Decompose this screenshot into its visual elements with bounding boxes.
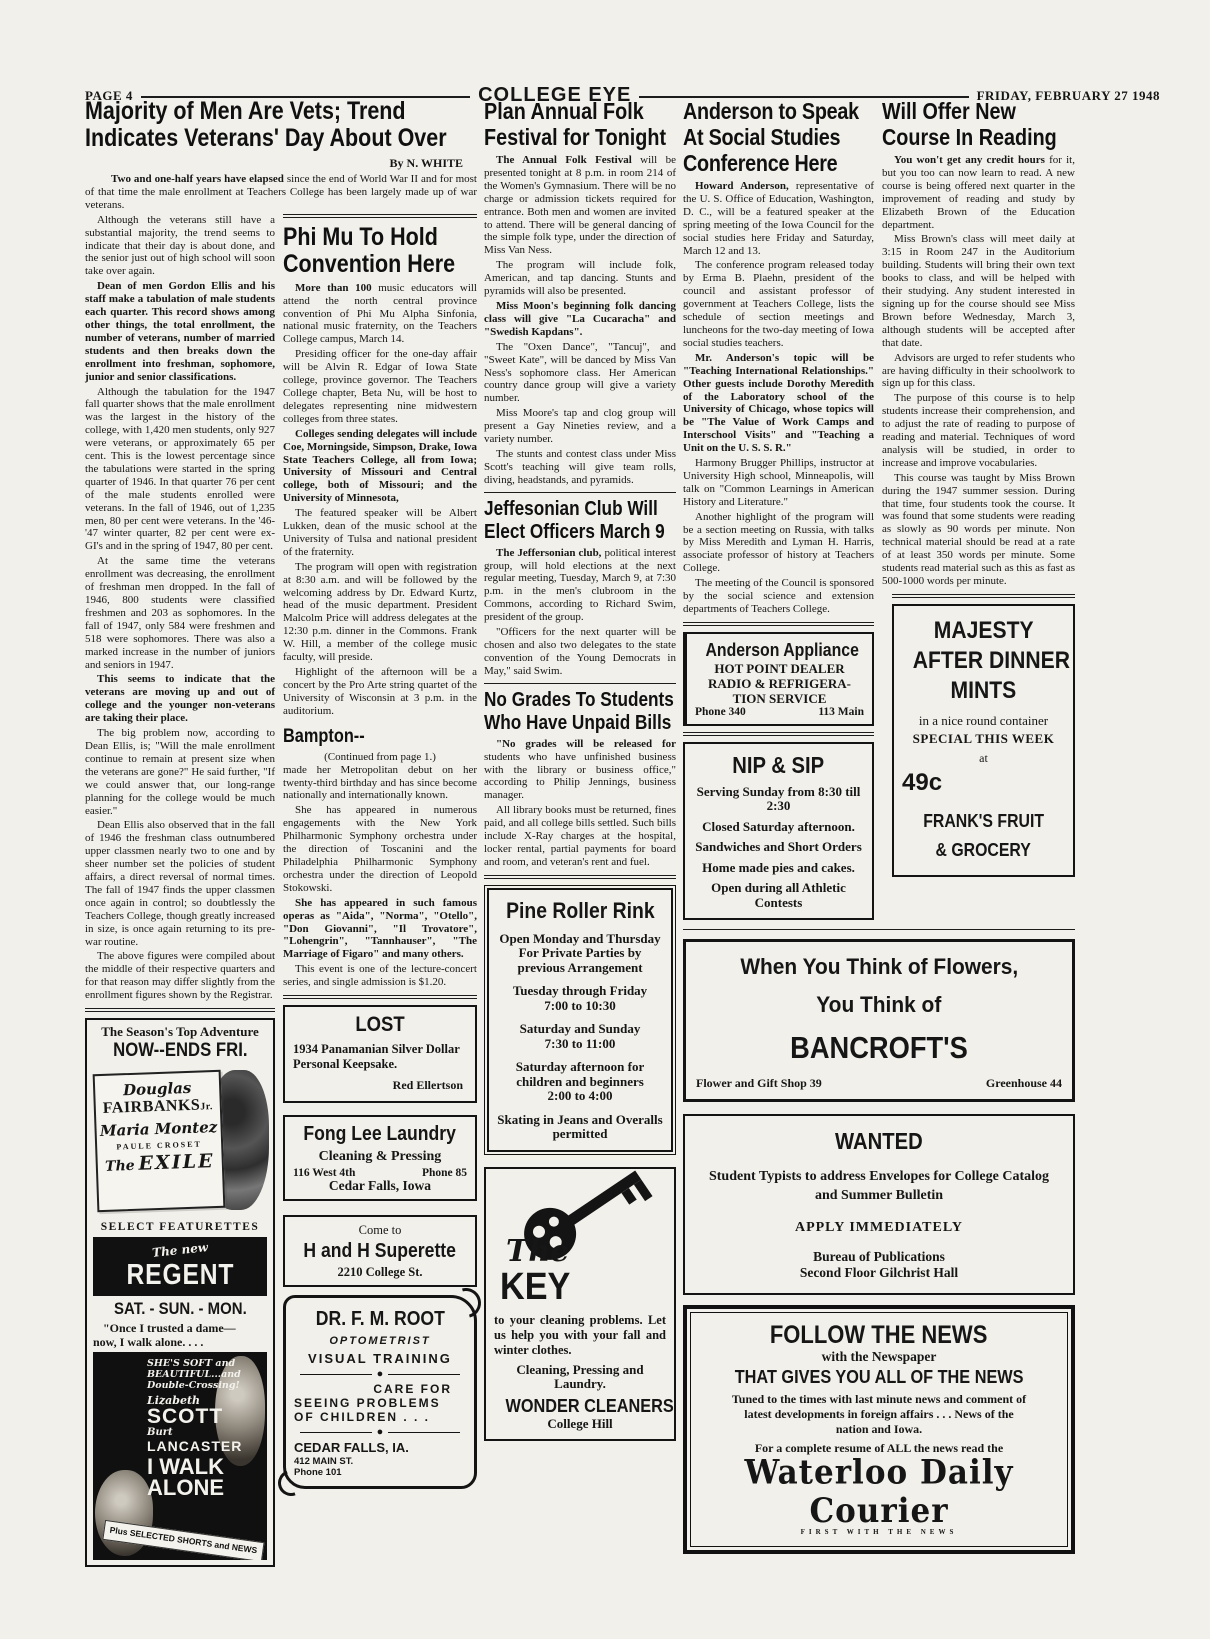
bancroft-line: When You Think of Flowers, bbox=[740, 954, 1018, 980]
wanted-location: Second Floor Gilchrist Hall bbox=[699, 1266, 1059, 1281]
story-paragraph: She has appeared in numerous engagements… bbox=[283, 804, 477, 894]
story-paragraph: Although the veterans still have a subst… bbox=[85, 214, 275, 279]
wanted-body: Student Typists to address Envelopes for… bbox=[699, 1167, 1059, 1205]
reading-headline: Will Offer New Course In Reading bbox=[882, 98, 1075, 150]
rink-title: Pine Roller Rink bbox=[506, 898, 654, 924]
anderson-headline: Anderson to Speak At Social Studies Conf… bbox=[683, 98, 874, 176]
root-name: DR. F. M. ROOT bbox=[315, 1308, 444, 1331]
story-paragraph: The featured speaker will be Albert Lukk… bbox=[283, 507, 477, 559]
root-care-line: CARE FOR bbox=[294, 1382, 466, 1396]
phimu-lead: More than 100 music educators will atten… bbox=[283, 282, 477, 347]
courier-masthead: Waterloo Daily Courier bbox=[701, 1453, 1057, 1531]
bancroft-name: BANCROFT'S bbox=[790, 1030, 968, 1066]
folk-lead: The Annual Folk Festival will be present… bbox=[484, 154, 676, 257]
follow-line: THAT GIVES YOU ALL OF THE NEWS bbox=[735, 1366, 1024, 1388]
page-content: Majority of Men Are Vets; Trend Indicate… bbox=[85, 98, 1075, 1567]
pine-roller-rink-ad: Pine Roller Rink Open Monday and Thursda… bbox=[484, 885, 676, 1155]
rink-time: 7:30 to 11:00 bbox=[495, 1037, 665, 1052]
bampton-headline: Bampton-- bbox=[283, 726, 477, 748]
wanted-apply: APPLY IMMEDIATELY bbox=[699, 1221, 1059, 1236]
story-paragraph: This course was taught by Miss Brown dur… bbox=[882, 472, 1075, 588]
majesty-special-line: SPECIAL THIS WEEK bbox=[902, 732, 1065, 747]
story-paragraph: "Officers for the next quarter will be c… bbox=[484, 626, 676, 678]
story-paragraph: Mr. Anderson's topic will be "Teaching I… bbox=[683, 352, 874, 455]
story-paragraph: The big problem now, according to Dean E… bbox=[85, 727, 275, 817]
lost-signature: Red Ellertson bbox=[297, 1078, 463, 1093]
key-services: Cleaning, Pressing and Laundry. bbox=[494, 1363, 666, 1392]
story-paragraph: The conference program released today by… bbox=[683, 259, 874, 349]
story-paragraph: Miss Brown's class will meet daily at 3:… bbox=[882, 233, 1075, 349]
rink-day: Tuesday through Friday bbox=[495, 984, 665, 999]
lost-title: LOST bbox=[355, 1013, 404, 1037]
dr-root-ad: DR. F. M. ROOT OPTOMETRIST VISUAL TRAINI… bbox=[283, 1295, 477, 1489]
rink-note: Skating in Jeans and Overalls permitted bbox=[495, 1113, 665, 1142]
wonder-cleaners-name: WONDER CLEANERS bbox=[505, 1395, 673, 1417]
key-word: KEY bbox=[500, 1266, 570, 1309]
majesty-line: MAJESTY bbox=[934, 616, 1034, 646]
story-paragraph: Another highlight of the program will be… bbox=[683, 511, 874, 576]
section-rule bbox=[683, 622, 874, 626]
nipsip-line: Sandwiches and Short Orders bbox=[693, 840, 864, 855]
story-paragraph: Dean Ellis also observed that in the fal… bbox=[85, 819, 275, 948]
story-paragraph: The program will include folk, American,… bbox=[484, 259, 676, 298]
rink-open-line: Open Monday and Thursday For Private Par… bbox=[495, 932, 665, 976]
reading-lead: You won't get any credit hours for it, b… bbox=[882, 154, 1075, 231]
key-art: The KEY bbox=[494, 1177, 666, 1295]
root-address: 412 MAIN ST. bbox=[294, 1456, 466, 1467]
story-paragraph: Dean of men Gordon Ellis and his staff m… bbox=[85, 280, 275, 383]
story-paragraph: The meeting of the Council is sponsored … bbox=[683, 577, 874, 616]
regent-logo: The new REGENT bbox=[93, 1237, 267, 1296]
vets-headline: Majority of Men Are Vets; Trend Indicate… bbox=[85, 98, 477, 152]
no-grades-headline: No Grades To Students Who Have Unpaid Bi… bbox=[484, 689, 676, 735]
story-paragraph: The "Oxen Dance", "Tancuj", and "Sweet K… bbox=[484, 341, 676, 406]
rink-time: 7:00 to 10:30 bbox=[495, 999, 665, 1014]
byline: By N. WHITE bbox=[85, 156, 477, 171]
superette-address: 2210 College St. bbox=[293, 1265, 467, 1280]
section-rule bbox=[85, 1008, 275, 1012]
story-paragraph: At the same time the veterans enrollment… bbox=[85, 555, 275, 671]
now-ends-line: NOW--ENDS FRI. bbox=[93, 1040, 267, 1062]
movie-quote: "Once I trusted a dame— now, I walk alon… bbox=[93, 1321, 267, 1349]
nip-and-sip-ad: NIP & SIP Serving Sunday from 8:30 till … bbox=[683, 742, 874, 921]
story-paragraph: All library books must be returned, fine… bbox=[484, 804, 676, 869]
bancroft-shop-phone: Flower and Gift Shop 39 bbox=[696, 1076, 822, 1091]
ad-tagline: The Season's Top Adventure bbox=[93, 1025, 267, 1040]
exile-movie-art: Douglas FAIRBANKSJr. Maria Montez PAULE … bbox=[93, 1066, 267, 1218]
regent-theatre-ad: The Season's Top Adventure NOW--ENDS FRI… bbox=[85, 1018, 275, 1567]
section-rule bbox=[484, 492, 676, 493]
story-paragraph: Miss Moore's tap and clog group will pre… bbox=[484, 407, 676, 446]
root-service: VISUAL TRAINING bbox=[294, 1351, 466, 1366]
wanted-title: WANTED bbox=[835, 1128, 923, 1155]
column-4: Anderson to Speak At Social Studies Conf… bbox=[683, 98, 874, 924]
story-paragraph: Colleges sending delegates will include … bbox=[283, 428, 477, 505]
root-care-line: SEEING PROBLEMS bbox=[294, 1396, 466, 1410]
majesty-line: AFTER DINNER bbox=[913, 646, 1070, 676]
follow-title: FOLLOW THE NEWS bbox=[770, 1321, 988, 1350]
phimu-headline: Phi Mu To Hold Convention Here bbox=[283, 224, 477, 278]
nipsip-line: Open during all Athletic Contests bbox=[693, 881, 864, 910]
section-rule bbox=[484, 683, 676, 684]
key-the: The bbox=[506, 1234, 569, 1269]
columns-1-2: Majority of Men Are Vets; Trend Indicate… bbox=[85, 98, 477, 1567]
column-1: Although the veterans still have a subst… bbox=[85, 214, 275, 1567]
story-paragraph: This seems to indicate that the veterans… bbox=[85, 673, 275, 725]
story-paragraph: The program will open with registration … bbox=[283, 561, 477, 664]
section-rule bbox=[283, 995, 477, 999]
bancrofts-ad: When You Think of Flowers, You Think of … bbox=[683, 939, 1075, 1102]
rink-time: 2:00 to 4:00 bbox=[495, 1089, 665, 1104]
root-phone: Phone 101 bbox=[294, 1467, 466, 1478]
story-paragraph: made her Metropolitan debut on her twent… bbox=[283, 764, 477, 803]
key-body: to your cleaning problems. Let us help y… bbox=[494, 1313, 666, 1358]
wanted-ad: WANTED Student Typists to address Envelo… bbox=[683, 1114, 1075, 1295]
waterloo-courier-ad: FOLLOW THE NEWS with the Newspaper THAT … bbox=[683, 1305, 1075, 1554]
majesty-line: MINTS bbox=[951, 676, 1017, 706]
come-to-line: Come to bbox=[293, 1223, 467, 1238]
section-rule bbox=[484, 875, 676, 879]
story-paragraph: This event is one of the lecture-concert… bbox=[283, 963, 477, 989]
newspaper-page: PAGE 4 COLLEGE EYE FRIDAY, FEBRUARY 27 1… bbox=[0, 0, 1210, 1639]
root-title: OPTOMETRIST bbox=[294, 1335, 466, 1347]
fong-lee-title: Fong Lee Laundry bbox=[304, 1123, 457, 1146]
scroll-divider: ● bbox=[300, 1429, 460, 1435]
wonder-cleaners-ad: The KEY to your cleaning problems. Let u… bbox=[484, 1167, 676, 1442]
story-paragraph: The stunts and contest class under Miss … bbox=[484, 448, 676, 487]
majesty-at: at bbox=[902, 751, 1065, 766]
fong-lee-phone: Phone 85 bbox=[422, 1167, 467, 1179]
story-paragraph: Although the tabulation for the 1947 fal… bbox=[85, 386, 275, 554]
lost-ad: LOST 1934 Panamanian Silver Dollar Perso… bbox=[283, 1005, 477, 1103]
nipsip-line: Serving Sunday from 8:30 till 2:30 bbox=[693, 785, 864, 814]
root-care-line: OF CHILDREN . . . bbox=[294, 1410, 466, 1424]
nipsip-name: NIP & SIP bbox=[733, 752, 825, 779]
story-paragraph: Miss Moon's beginning folk dancing class… bbox=[484, 300, 676, 339]
section-rule bbox=[892, 594, 1075, 598]
majesty-mints-ad: MAJESTY AFTER DINNER MINTS in a nice rou… bbox=[892, 604, 1075, 878]
follow-body: Tuned to the times with last minute news… bbox=[701, 1392, 1057, 1437]
nipsip-line: Home made pies and cakes. bbox=[693, 861, 864, 876]
select-featurettes: SELECT FEATURETTES bbox=[93, 1220, 267, 1235]
anderson-appliance-ad: Anderson Appliance HOT POINT DEALER RADI… bbox=[683, 632, 874, 726]
column-3: Plan Annual Folk Festival for Tonight Th… bbox=[484, 98, 676, 1567]
folk-headline: Plan Annual Folk Festival for Tonight bbox=[484, 98, 676, 150]
jeffersonian-headline: Jeffesonian Club Will Elect Officers Mar… bbox=[484, 498, 676, 544]
superette-name: H and H Superette bbox=[304, 1240, 457, 1263]
appliance-line: RADIO & REFRIGERA- bbox=[695, 676, 864, 691]
story-paragraph: Presiding officer for the one-day affair… bbox=[283, 348, 477, 425]
majesty-price: 49c bbox=[902, 769, 1065, 797]
appliance-phone: Phone 340 bbox=[695, 706, 746, 718]
fong-lee-address: 116 West 4th bbox=[293, 1167, 355, 1179]
anderson-lead: Howard Anderson, representative of the U… bbox=[683, 180, 874, 257]
lost-body: 1934 Panamanian Silver Dollar Personal K… bbox=[293, 1042, 467, 1072]
section-rule bbox=[683, 732, 874, 736]
nipsip-line: Closed Saturday afternoon. bbox=[693, 820, 864, 835]
rink-day: Saturday and Sunday bbox=[495, 1022, 665, 1037]
bancroft-greenhouse-phone: Greenhouse 44 bbox=[986, 1076, 1062, 1091]
bancroft-line: You Think of bbox=[816, 992, 941, 1018]
appliance-line: HOT POINT DEALER bbox=[695, 661, 864, 676]
story-paragraph: The above figures were compiled about th… bbox=[85, 950, 275, 1002]
fong-lee-laundry-ad: Fong Lee Laundry Cleaning & Pressing 116… bbox=[283, 1115, 477, 1201]
majesty-container-line: in a nice round container bbox=[902, 714, 1065, 729]
fong-lee-line: Cleaning & Pressing bbox=[293, 1150, 467, 1165]
continued-note: (Continued from page 1.) bbox=[283, 751, 477, 763]
scroll-divider: ● bbox=[300, 1371, 460, 1377]
show-days: SAT. - SUN. - MON. bbox=[93, 1299, 267, 1319]
story-paragraph: Highlight of the afternoon will be a con… bbox=[283, 666, 477, 718]
jeff-lead: The Jeffersonian club, political interes… bbox=[484, 547, 676, 624]
superette-ad: Come to H and H Superette 2210 College S… bbox=[283, 1215, 477, 1287]
vets-lead: Two and one-half years have elapsed sinc… bbox=[85, 173, 477, 212]
story-paragraph: She has appeared in such famous operas a… bbox=[283, 897, 477, 962]
appliance-line: TION SERVICE bbox=[695, 691, 864, 706]
rink-day: Saturday afternoon for children and begi… bbox=[495, 1060, 665, 1089]
columns-4-5: Anderson to Speak At Social Studies Conf… bbox=[683, 98, 1075, 1567]
root-city: CEDAR FALLS, IA. bbox=[294, 1440, 466, 1455]
appliance-address: 113 Main bbox=[818, 706, 864, 718]
section-rule bbox=[283, 214, 477, 218]
franks-grocery-name: & GROCERY bbox=[936, 840, 1031, 861]
appliance-name: Anderson Appliance bbox=[705, 640, 858, 661]
column-2: Phi Mu To Hold Convention Here More than… bbox=[283, 214, 477, 1567]
column-5: Will Offer New Course In Reading You won… bbox=[882, 98, 1075, 924]
story-paragraph: The purpose of this course is to help st… bbox=[882, 392, 1075, 469]
story-paragraph: Advisors are urged to refer students who… bbox=[882, 352, 1075, 391]
vets-story-head: Majority of Men Are Vets; Trend Indicate… bbox=[85, 98, 477, 212]
wonder-cleaners-location: College Hill bbox=[494, 1417, 666, 1432]
nogrades-lead: "No grades will be released for students… bbox=[484, 738, 676, 803]
section-rule bbox=[683, 929, 1075, 930]
fong-lee-city: Cedar Falls, Iowa bbox=[293, 1179, 467, 1194]
follow-subtitle: with the Newspaper bbox=[701, 1350, 1057, 1365]
i-walk-alone-poster: SHE'S SOFT and BEAUTIFUL...and Double-Cr… bbox=[93, 1352, 267, 1560]
franks-grocery-name: FRANK'S FRUIT bbox=[923, 811, 1044, 832]
story-paragraph: Harmony Brugger Phillips, instructor at … bbox=[683, 457, 874, 509]
wanted-bureau: Bureau of Publications bbox=[699, 1250, 1059, 1265]
exile-title-scroll: Douglas FAIRBANKSJr. Maria Montez PAULE … bbox=[93, 1069, 226, 1211]
